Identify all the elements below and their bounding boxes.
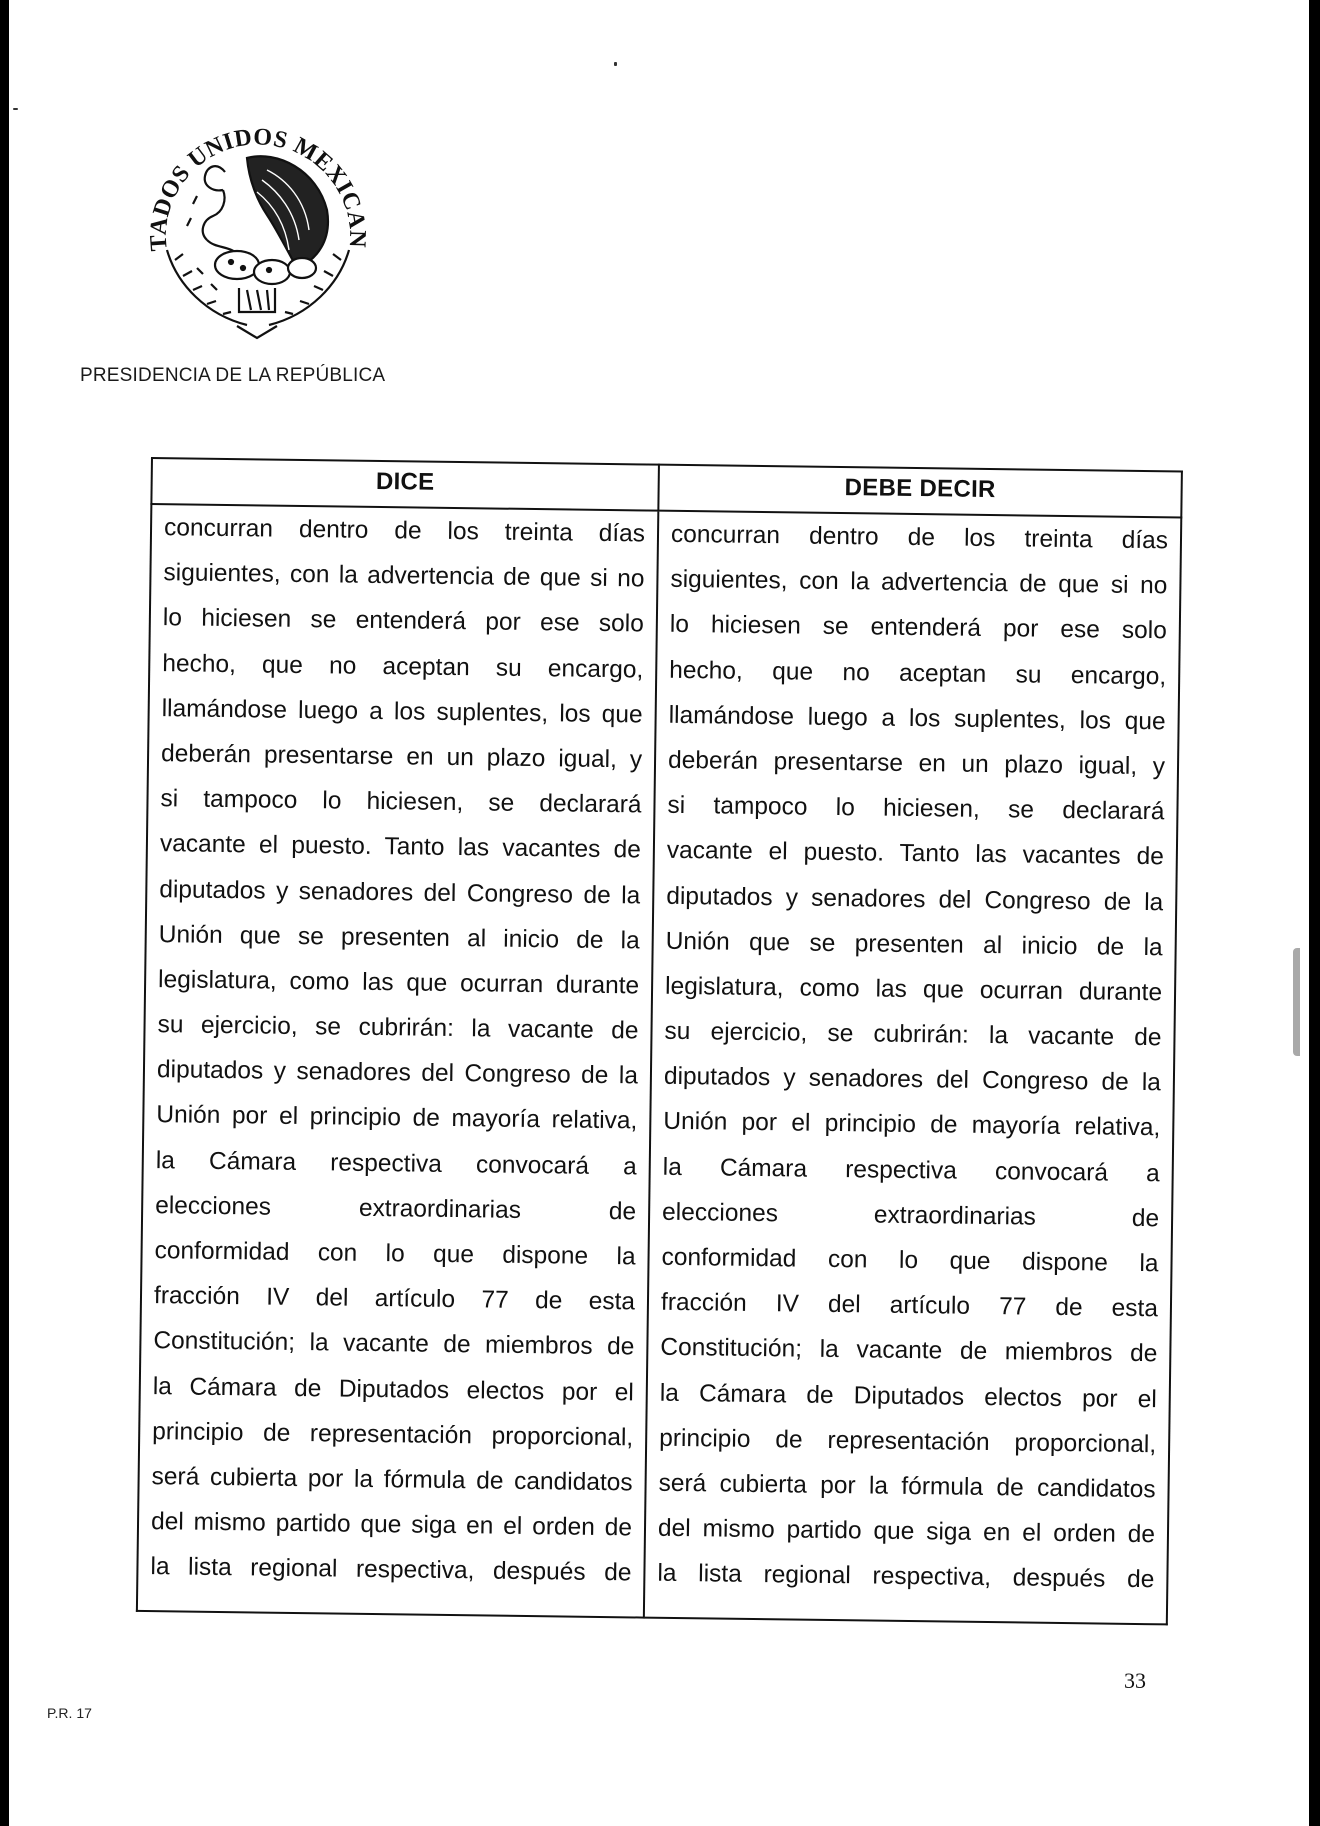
text-line: llamándose luego a los suplentes, los qu… <box>161 686 643 737</box>
text-line: legislatura, como las que ocurran durant… <box>158 957 640 1008</box>
column-header-dice: DICE <box>151 458 659 511</box>
text-line: diputados y senadores del Congreso de la <box>157 1047 639 1098</box>
text-line: del mismo partido que siga en el orden d… <box>658 1506 1156 1558</box>
comparison-table: DICE DEBE DECIR concurran dentro de los … <box>136 457 1183 1625</box>
column-header-debe-decir: DEBE DECIR <box>658 465 1182 518</box>
text-line: hecho, que no aceptan su encargo, <box>162 641 644 692</box>
text-line: del mismo partido que siga en el orden d… <box>151 1499 633 1550</box>
text-line: diputados y senadores del Congreso de la <box>159 867 641 918</box>
text-line: vacante el puesto. Tanto las vacantes de <box>160 821 642 872</box>
text-line: lo hiciesen se entenderá por ese solo <box>670 602 1168 654</box>
text-line: Unión que se presenten al inicio de la <box>665 918 1163 970</box>
text-line: conformidad con lo que dispone la <box>154 1228 636 1279</box>
text-line: si tampoco lo hiciesen, se declarará <box>160 776 642 827</box>
text-line: concurran dentro de los treinta días <box>164 505 646 556</box>
svg-text:ESTADOS UNIDOS MEXICANOS: ESTADOS UNIDOS MEXICANOS <box>127 100 370 252</box>
office-name: PRESIDENCIA DE LA REPÚBLICA <box>80 365 385 387</box>
text-line: vacante el puesto. Tanto las vacantes de <box>667 828 1165 880</box>
text-line: deberán presentarse en un plazo igual, y <box>668 738 1166 790</box>
text-line: si tampoco lo hiciesen, se declarará <box>667 783 1165 835</box>
text-line: conformidad con lo que dispone la <box>661 1235 1159 1287</box>
form-code: P.R. 17 <box>47 1705 92 1721</box>
page-number: 33 <box>1124 1668 1146 1694</box>
text-line: principio de representación proporcional… <box>659 1415 1157 1467</box>
text-line: Unión por el principio de mayoría relati… <box>156 1093 638 1144</box>
text-line: hecho, que no aceptan su encargo, <box>669 647 1167 699</box>
text-line: deberán presentarse en un plazo igual, y <box>161 731 643 782</box>
text-line: la lista regional respectiva, después de <box>150 1544 632 1595</box>
text-line: Constitución; la vacante de miembros de <box>153 1318 635 1369</box>
text-line: Unión por el principio de mayoría relati… <box>663 1099 1161 1151</box>
document-page: ESTADOS UNIDOS MEXICANOS <box>9 0 1309 1826</box>
text-line: su ejercicio, se cubrirán: la vacante de <box>157 1002 639 1053</box>
text-line: la Cámara respectiva convocará a <box>662 1144 1160 1196</box>
text-line: elecciones extraordinarias de <box>662 1190 1160 1242</box>
text-line: principio de representación proporcional… <box>152 1409 634 1460</box>
text-line: siguientes, con la advertencia de que si… <box>670 557 1168 609</box>
text-line: diputados y senadores del Congreso de la <box>664 1054 1162 1106</box>
text-line: elecciones extraordinarias de <box>155 1183 637 1234</box>
table-row: concurran dentro de los treinta díassigu… <box>137 504 1181 1624</box>
text-line: siguientes, con la advertencia de que si… <box>163 550 645 601</box>
text-line: la Cámara de Diputados electos por el <box>659 1370 1157 1422</box>
text-line: diputados y senadores del Congreso de la <box>666 873 1164 925</box>
text-line: legislatura, como las que ocurran durant… <box>665 964 1163 1016</box>
national-seal-icon: ESTADOS UNIDOS MEXICANOS <box>127 100 387 350</box>
text-line: será cubierta por la fórmula de candidat… <box>658 1461 1156 1513</box>
text-line: será cubierta por la fórmula de candidat… <box>151 1454 633 1505</box>
dice-cell: concurran dentro de los treinta díassigu… <box>137 504 658 1618</box>
text-line: llamándose luego a los suplentes, los qu… <box>668 693 1166 745</box>
text-line: Constitución; la vacante de miembros de <box>660 1325 1158 1377</box>
scrollbar-thumb[interactable] <box>1293 948 1300 1056</box>
text-line: la lista regional respectiva, después de <box>657 1551 1155 1603</box>
scan-speck <box>614 62 617 66</box>
scan-speck <box>13 108 18 110</box>
text-line: Unión que se presenten al inicio de la <box>158 912 640 963</box>
text-line: la Cámara respectiva convocará a <box>155 1138 637 1189</box>
debe-decir-cell: concurran dentro de los treinta díassigu… <box>644 511 1181 1625</box>
text-line: lo hiciesen se entenderá por ese solo <box>163 596 645 647</box>
text-line: fracción IV del artículo 77 de esta <box>661 1280 1159 1332</box>
text-line: la Cámara de Diputados electos por el <box>153 1364 635 1415</box>
text-line: concurran dentro de los treinta días <box>671 512 1169 564</box>
text-line: su ejercicio, se cubrirán: la vacante de <box>664 1009 1162 1061</box>
text-line: fracción IV del artículo 77 de esta <box>154 1273 636 1324</box>
